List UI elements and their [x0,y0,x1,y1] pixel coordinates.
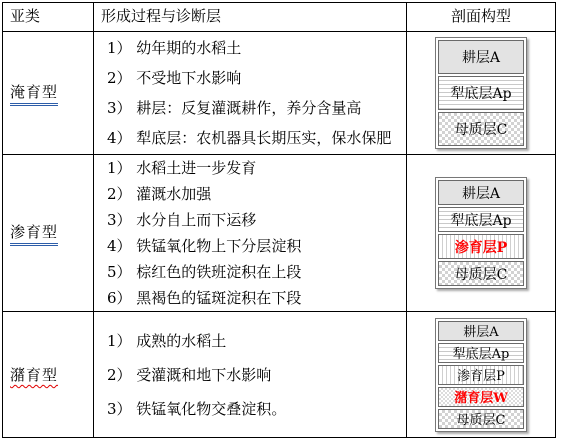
process-item: 3） 耕层：反复灌溉耕作，养分含量高 [107,93,406,123]
profile-layer: 耕层A [438,321,524,341]
process-cell: 1） 成熟的水稻土 2） 受灌溉和地下水影响 3） 铁锰氧化物交叠淀积。 [94,312,407,437]
profile-cell: 耕层A 犁底层Ap 母质层C [407,32,555,154]
header-profile: 剖面构型 [407,3,555,31]
process-item: 2） 不受地下水影响 [107,63,406,93]
subclass-cell: 淹育型 [3,32,94,154]
process-item: 1） 成熟的水稻土 [107,324,406,358]
table-header-row: 亚类 形成过程与诊断层 剖面构型 [3,3,555,32]
profile-layer: 犁底层Ap [438,207,524,232]
profile-cell: 耕层A 犁底层Ap 渗育层P 潴育层W 母质层C [407,312,555,437]
process-item: 2） 灌溉水加强 [107,181,406,207]
process-cell: 1） 水稻土进一步发育 2） 灌溉水加强 3） 水分自上而下运移 4） 铁锰氧化… [94,155,407,311]
subclass-label: 渗育型 [10,221,58,246]
soil-profile-diagram: 耕层A 犁底层Ap 渗育层P 母质层C [435,177,527,289]
subclass-cell: 渗育型 [3,155,94,311]
process-item: 4） 犁底层：农机器具长期压实，保水保肥 [107,123,406,153]
table-row: 淹育型 1） 幼年期的水稻土 2） 不受地下水影响 3） 耕层：反复灌溉耕作，养… [3,32,555,155]
process-item: 3） 水分自上而下运移 [107,207,406,233]
process-item: 1） 幼年期的水稻土 [107,33,406,63]
profile-layer: 犁底层Ap [438,76,524,110]
process-item: 3） 铁锰氧化物交叠淀积。 [107,392,406,426]
profile-layer: 母质层C [438,409,524,429]
process-item: 5） 棕红色的铁班淀积在上段 [107,259,406,285]
process-cell: 1） 幼年期的水稻土 2） 不受地下水影响 3） 耕层：反复灌溉耕作，养分含量高… [94,32,407,154]
subclass-label: 淹育型 [10,81,58,106]
process-item: 6） 黑褐色的锰斑淀积在下段 [107,285,406,311]
soil-profile-diagram: 耕层A 犁底层Ap 母质层C [435,37,527,149]
subclass-label: 潴育型 [10,364,58,385]
soil-profile-diagram: 耕层A 犁底层Ap 渗育层P 潴育层W 母质层C [435,318,527,432]
profile-layer-highlighted: 潴育层W [438,387,524,407]
paddy-soil-subtype-table: 亚类 形成过程与诊断层 剖面构型 淹育型 1） 幼年期的水稻土 2） 不受地下水… [2,2,556,438]
process-item: 4） 铁锰氧化物上下分层淀积 [107,233,406,259]
profile-layer: 犁底层Ap [438,343,524,363]
header-process: 形成过程与诊断层 [94,3,407,31]
process-item: 1） 水稻土进一步发育 [107,155,406,181]
subclass-cell: 潴育型 [3,312,94,437]
process-item: 2） 受灌溉和地下水影响 [107,358,406,392]
profile-layer: 渗育层P [438,365,524,385]
table-row: 潴育型 1） 成熟的水稻土 2） 受灌溉和地下水影响 3） 铁锰氧化物交叠淀积。… [3,312,555,437]
profile-cell: 耕层A 犁底层Ap 渗育层P 母质层C [407,155,555,311]
profile-layer: 母质层C [438,112,524,146]
table-row: 渗育型 1） 水稻土进一步发育 2） 灌溉水加强 3） 水分自上而下运移 4） … [3,155,555,312]
header-subclass: 亚类 [3,3,94,31]
profile-layer: 母质层C [438,261,524,286]
profile-layer: 耕层A [438,40,524,74]
profile-layer-highlighted: 渗育层P [438,234,524,259]
profile-layer: 耕层A [438,180,524,205]
